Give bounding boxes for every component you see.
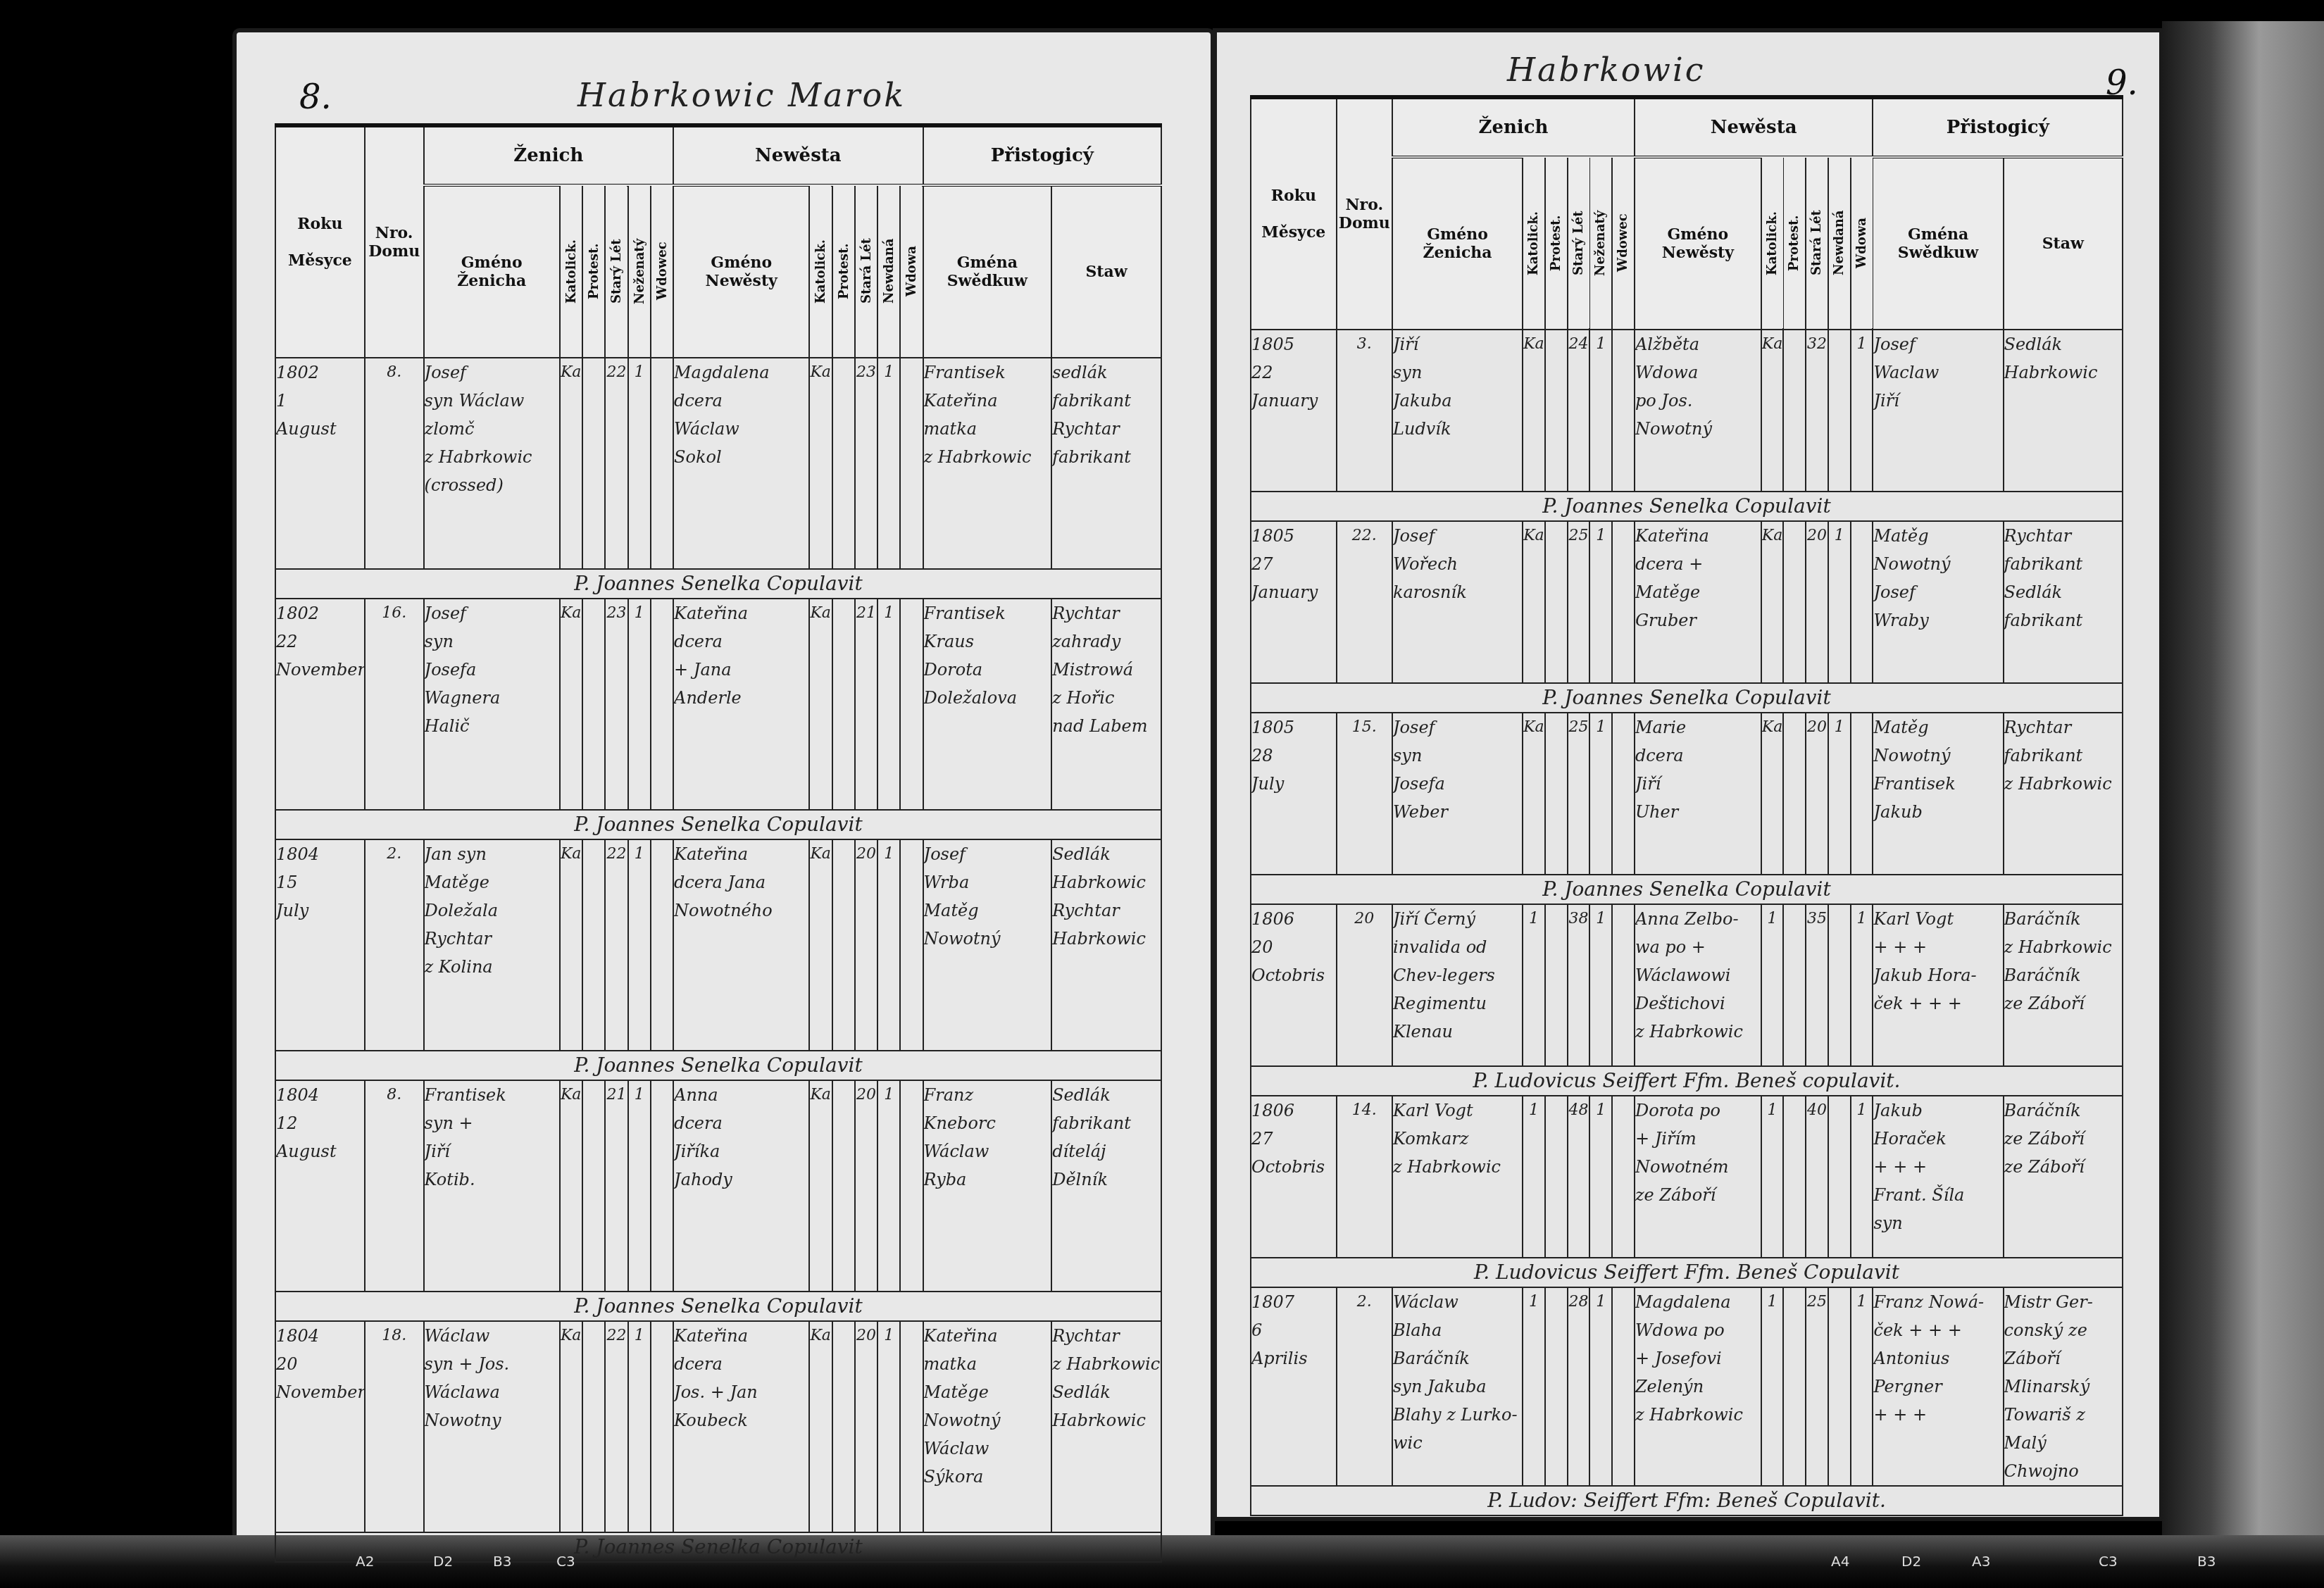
bride-age: 20 (855, 839, 877, 1051)
groom-widower (1612, 521, 1635, 683)
bride-name: Magdalena dcera Wáclaw Sokol (673, 358, 809, 569)
col-groom-catholic: Katolick. (560, 185, 582, 358)
col-groom-name: GménoŽenicha (1392, 157, 1523, 330)
witness-status: Baráčník z Habrkowic Baráčník ze Záboří (2004, 904, 2123, 1066)
groom-widower (1612, 1287, 1635, 1486)
bride-widow (900, 1080, 923, 1292)
witness-names: Franz Nowá- ček + + + Antonius Pergner +… (1873, 1287, 2003, 1486)
bride-unmarried (1828, 330, 1851, 492)
groom-age: 22 (605, 1321, 627, 1532)
bride-catholic: 1 (1761, 1096, 1784, 1258)
bride-name: Magdalena Wdowa po + Josefovi Zelenýn z … (1635, 1287, 1761, 1486)
witness-status: Sedlák fabrikant díteláj Dělník (1051, 1080, 1161, 1292)
entry-date: 1805 28 July (1251, 713, 1337, 875)
heading-right: Habrkowic (1507, 51, 1705, 89)
col-group-groom: Ženich (424, 125, 674, 185)
groom-catholic: Kat. (560, 839, 582, 1051)
col-bride-age: Stará Lét (1806, 157, 1828, 330)
col-groom-widower: Wdowec (651, 185, 673, 358)
scale-label: B3 (493, 1553, 511, 1570)
groom-name: Josef syn Wáclaw zlomč z Habrkowic (cros… (424, 358, 560, 569)
register-entry: 1804 12 August8.Frantisek syn + Jiří Kot… (275, 1080, 1161, 1292)
bride-unmarried: 1 (877, 599, 900, 810)
col-group-bride: Newěsta (1635, 97, 1873, 157)
officiant-row: P. Joannes Senelka Copulavit (1251, 683, 2123, 713)
bride-protestant (1783, 521, 1806, 683)
register-entry: 1805 28 July15.Josef syn Josefa WeberKat… (1251, 713, 2123, 875)
groom-catholic: Kat. (560, 1080, 582, 1292)
scale-label: C3 (2099, 1553, 2118, 1570)
groom-single: 1 (1589, 1287, 1612, 1486)
bride-widow (900, 1321, 923, 1532)
groom-widower (1612, 713, 1635, 875)
bride-unmarried: 1 (877, 1080, 900, 1292)
witness-names: Kateřina matka Matěge Nowotný Wáclaw Sýk… (923, 1321, 1052, 1532)
bride-age: 32 (1806, 330, 1828, 492)
groom-single: 1 (628, 358, 651, 569)
bride-name: Dorota po + Jiřím Nowotném ze Záboří (1635, 1096, 1761, 1258)
col-year-month: RokuMěsyce (1251, 97, 1337, 330)
groom-protestant (582, 1080, 605, 1292)
bride-widow: 1 (1851, 1096, 1873, 1258)
groom-age: 23 (605, 599, 627, 810)
col-witness-status: Staw (2004, 157, 2123, 330)
groom-protestant (1545, 904, 1568, 1066)
groom-name: Josef Wořech karosník (1392, 521, 1523, 683)
witness-status: Sedlák Habrkowic (2004, 330, 2123, 492)
groom-age: 28 (1568, 1287, 1590, 1486)
officiant-row: P. Joannes Senelka Copulavit (275, 1532, 1161, 1562)
bride-age: 40 (1806, 1096, 1828, 1258)
bride-age: 35 (1806, 904, 1828, 1066)
entry-date: 1806 20 Octobris (1251, 904, 1337, 1066)
entry-date: 1807 6 Aprilis (1251, 1287, 1337, 1486)
witness-status: Rychtar z Habrkowic Sedlák Habrkowic (1051, 1321, 1161, 1532)
house-number: 2. (365, 839, 424, 1051)
groom-name: Frantisek syn + Jiří Kotib. (424, 1080, 560, 1292)
bride-catholic: Kat. (1761, 330, 1784, 492)
groom-protestant (1545, 330, 1568, 492)
groom-age: 25 (1568, 521, 1590, 683)
officiant-signature: P. Joannes Senelka Copulavit (1251, 683, 2123, 713)
officiant-row: P. Joannes Senelka Copulavit (1251, 492, 2123, 521)
bride-widow (900, 599, 923, 810)
groom-age: 48 (1568, 1096, 1590, 1258)
bride-unmarried (1828, 904, 1851, 1066)
witness-names: Jakub Horaček + + + Frant. Šíla syn (1873, 1096, 2003, 1258)
witness-status: Sedlák Habrkowic Rychtar Habrkowic (1051, 839, 1161, 1051)
officiant-row: P. Ludovicus Seiffert Ffm. Beneš copulav… (1251, 1066, 2123, 1096)
groom-widower (651, 839, 673, 1051)
scale-label: B3 (2197, 1553, 2216, 1570)
house-number: 22. (1337, 521, 1392, 683)
groom-single: 1 (628, 1321, 651, 1532)
bride-protestant (1783, 904, 1806, 1066)
register-entry: 1805 27 January22.Josef Wořech karosníkK… (1251, 521, 2123, 683)
house-number: 3. (1337, 330, 1392, 492)
witness-status: Mistr Ger- conský ze Záboří Mlinarský To… (2004, 1287, 2123, 1486)
groom-widower (1612, 1096, 1635, 1258)
bride-name: Kateřina dcera + Jana Anderle (673, 599, 809, 810)
register-entry: 1805 22 January3.Jiří syn Jakuba LudvíkK… (1251, 330, 2123, 492)
officiant-signature: P. Joannes Senelka Copulavit (1251, 875, 2123, 904)
bride-protestant (1783, 713, 1806, 875)
col-groom-age: Starý Lét (605, 185, 627, 358)
bride-protestant (832, 1321, 855, 1532)
groom-protestant (582, 358, 605, 569)
bride-widow: 1 (1851, 1287, 1873, 1486)
col-house-number: Nro.Domu (365, 125, 424, 358)
groom-widower (651, 1080, 673, 1292)
groom-single: 1 (1589, 330, 1612, 492)
groom-single: 1 (1589, 521, 1612, 683)
groom-age: 25 (1568, 713, 1590, 875)
house-number: 16. (365, 599, 424, 810)
witness-names: Karl Vogt + + + Jakub Hora- ček + + + (1873, 904, 2003, 1066)
bride-widow (900, 839, 923, 1051)
groom-name: Jiří Černý invalida od Chev-legers Regim… (1392, 904, 1523, 1066)
groom-single: 1 (628, 599, 651, 810)
officiant-signature: P. Joannes Senelka Copulavit (1251, 492, 2123, 521)
bride-unmarried (1828, 1287, 1851, 1486)
groom-age: 22 (605, 839, 627, 1051)
entry-date: 1804 20 November (275, 1321, 365, 1532)
house-number: 20 (1337, 904, 1392, 1066)
entry-date: 1805 27 January (1251, 521, 1337, 683)
bride-widow (1851, 713, 1873, 875)
groom-name: Karl Vogt Komkarz z Habrkowic (1392, 1096, 1523, 1258)
bride-unmarried: 1 (877, 1321, 900, 1532)
officiant-row: P. Joannes Senelka Copulavit (275, 1292, 1161, 1321)
groom-age: 21 (605, 1080, 627, 1292)
witness-status: Rychtar fabrikant Sedlák fabrikant (2004, 521, 2123, 683)
col-bride-catholic: Katolick. (809, 185, 832, 358)
groom-protestant (1545, 521, 1568, 683)
groom-name: Josef syn Josefa Weber (1392, 713, 1523, 875)
groom-catholic: Kat. (560, 1321, 582, 1532)
witness-names: Josef Wrba Matěg Nowotný (923, 839, 1052, 1051)
groom-widower (1612, 330, 1635, 492)
groom-widower (1612, 904, 1635, 1066)
groom-catholic: 1 (1523, 1096, 1545, 1258)
groom-name: Jiří syn Jakuba Ludvík (1392, 330, 1523, 492)
bride-age: 23 (855, 358, 877, 569)
register-table-right: RokuMěsyce Nro.Domu Ženich Newěsta Přist… (1250, 95, 2123, 1516)
groom-name: Wáclaw Blaha Baráčník syn Jakuba Blahy z… (1392, 1287, 1523, 1486)
register-entry: 1806 20 Octobris20Jiří Černý invalida od… (1251, 904, 2123, 1066)
groom-single: 1 (1589, 1096, 1612, 1258)
groom-age: 38 (1568, 904, 1590, 1066)
officiant-signature: P. Joannes Senelka Copulavit (275, 1292, 1161, 1321)
heading-left: Habrkowic Marok (577, 76, 906, 114)
groom-catholic: Kat. (560, 599, 582, 810)
entry-date: 1805 22 January (1251, 330, 1337, 492)
col-group-witnesses: Přistogicý (923, 125, 1161, 185)
bride-unmarried: 1 (877, 839, 900, 1051)
bride-age: 25 (1806, 1287, 1828, 1486)
entry-date: 1804 15 July (275, 839, 365, 1051)
bride-catholic: Kat. (1761, 713, 1784, 875)
col-bride-protestant: Protest. (1783, 157, 1806, 330)
col-witness-status: Staw (1051, 185, 1161, 358)
groom-name: Wáclaw syn + Jos. Wáclawa Nowotny (424, 1321, 560, 1532)
bride-widow (900, 358, 923, 569)
col-bride-unmarried: Newdaná (1828, 157, 1851, 330)
col-groom-protestant: Protest. (582, 185, 605, 358)
groom-name: Josef syn Josefa Wagnera Halič (424, 599, 560, 810)
groom-protestant (1545, 1287, 1568, 1486)
groom-protestant (1545, 713, 1568, 875)
groom-protestant (582, 599, 605, 810)
bride-catholic: Kat. (809, 1321, 832, 1532)
bride-protestant (1783, 330, 1806, 492)
register-entry: 1807 6 Aprilis2.Wáclaw Blaha Baráčník sy… (1251, 1287, 2123, 1486)
bride-name: Kateřina dcera Jana Nowotného (673, 839, 809, 1051)
bride-protestant (832, 358, 855, 569)
groom-catholic: Kat. (1523, 521, 1545, 683)
witness-names: Frantisek Kraus Dorota Doležalova (923, 599, 1052, 810)
bride-name: Marie dcera Jiří Uher (1635, 713, 1761, 875)
witness-names: Matěg Nowotný Frantisek Jakub (1873, 713, 2003, 875)
witness-names: Franz Kneborc Wáclaw Ryba (923, 1080, 1052, 1292)
groom-catholic: Kat. (1523, 330, 1545, 492)
officiant-row: P. Ludovicus Seiffert Ffm. Beneš Copulav… (1251, 1258, 2123, 1287)
bride-protestant (1783, 1287, 1806, 1486)
groom-widower (651, 1321, 673, 1532)
register-table-left: RokuMěsyce Nro.Domu Ženich Newěsta Přist… (275, 123, 1162, 1563)
col-bride-protestant: Protest. (832, 185, 855, 358)
page-number-left: 8. (299, 77, 332, 117)
scale-label: A4 (1831, 1553, 1849, 1570)
scale-label: D2 (433, 1553, 453, 1570)
officiant-row: P. Joannes Senelka Copulavit (275, 810, 1161, 839)
col-witness-names: GménaSwědkuw (1873, 157, 2003, 330)
register-entry: 1804 20 November18.Wáclaw syn + Jos. Wác… (275, 1321, 1161, 1532)
groom-single: 1 (628, 839, 651, 1051)
scale-label: A2 (356, 1553, 374, 1570)
witness-status: sedlák fabrikant Rychtar fabrikant (1051, 358, 1161, 569)
bride-age: 20 (855, 1080, 877, 1292)
house-number: 15. (1337, 713, 1392, 875)
bride-protestant (832, 839, 855, 1051)
groom-protestant (582, 1321, 605, 1532)
groom-catholic: 1 (1523, 1287, 1545, 1486)
col-groom-age: Starý Lét (1568, 157, 1590, 330)
col-groom-protestant: Protest. (1545, 157, 1568, 330)
officiant-row: P. Joannes Senelka Copulavit (1251, 875, 2123, 904)
bride-protestant (1783, 1096, 1806, 1258)
bride-catholic: 1 (1761, 1287, 1784, 1486)
groom-widower (651, 599, 673, 810)
col-bride-name: GménoNewěsty (1635, 157, 1761, 330)
house-number: 14. (1337, 1096, 1392, 1258)
bride-age: 20 (855, 1321, 877, 1532)
bride-unmarried (1828, 1096, 1851, 1258)
col-groom-catholic: Katolick. (1523, 157, 1545, 330)
bride-protestant (832, 1080, 855, 1292)
bride-catholic: Kat. (809, 599, 832, 810)
bride-catholic: Kat. (809, 358, 832, 569)
col-bride-widow: Wdowa (900, 185, 923, 358)
col-bride-unmarried: Newdaná (877, 185, 900, 358)
witness-names: Matěg Nowotný Josef Wraby (1873, 521, 2003, 683)
officiant-row: P. Ludov: Seiffert Ffm: Beneš Copulavit. (1251, 1486, 2123, 1515)
house-number: 18. (365, 1321, 424, 1532)
entry-date: 1806 27 Octobris (1251, 1096, 1337, 1258)
groom-catholic: 1 (1523, 904, 1545, 1066)
house-number: 8. (365, 358, 424, 569)
col-bride-age: Stará Lét (855, 185, 877, 358)
col-house-number: Nro.Domu (1337, 97, 1392, 330)
col-groom-single: Neženatý (628, 185, 651, 358)
groom-single: 1 (628, 1080, 651, 1292)
groom-age: 24 (1568, 330, 1590, 492)
scale-label: A3 (1972, 1553, 1990, 1570)
entry-date: 1802 1 August (275, 358, 365, 569)
bride-name: Anna dcera Jiříka Jahody (673, 1080, 809, 1292)
col-group-witnesses: Přistogicý (1873, 97, 2123, 157)
officiant-signature: P. Ludovicus Seiffert Ffm. Beneš Copulav… (1251, 1258, 2123, 1287)
entry-date: 1804 12 August (275, 1080, 365, 1292)
officiant-row: P. Joannes Senelka Copulavit (275, 569, 1161, 599)
col-group-groom: Ženich (1392, 97, 1635, 157)
groom-catholic: Kat. (1523, 713, 1545, 875)
scale-label: D2 (1901, 1553, 1921, 1570)
bride-catholic: Kat. (1761, 521, 1784, 683)
entry-date: 1802 22 November (275, 599, 365, 810)
register-entry: 1802 22 November16.Josef syn Josefa Wagn… (275, 599, 1161, 810)
officiant-signature: P. Ludovicus Seiffert Ffm. Beneš copulav… (1251, 1066, 2123, 1096)
witness-status: Rychtar fabrikant z Habrkowic (2004, 713, 2123, 875)
officiant-signature: P. Joannes Senelka Copulavit (275, 810, 1161, 839)
col-bride-catholic: Katolick. (1761, 157, 1784, 330)
bride-unmarried: 1 (1828, 713, 1851, 875)
scale-label: C3 (556, 1553, 575, 1570)
bride-unmarried: 1 (877, 358, 900, 569)
officiant-signature: P. Joannes Senelka Copulavit (275, 1051, 1161, 1080)
house-number: 8. (365, 1080, 424, 1292)
col-groom-name: GménoŽenicha (424, 185, 560, 358)
register-entry: 1806 27 Octobris14.Karl Vogt Komkarz z H… (1251, 1096, 2123, 1258)
groom-name: Jan syn Matěge Doležala Rychtar z Kolina (424, 839, 560, 1051)
bride-name: Anna Zelbo- wa po + Wáclawowi Deštichovi… (1635, 904, 1761, 1066)
witness-status: Baráčník ze Záboří ze Záboří (2004, 1096, 2123, 1258)
bride-widow (1851, 521, 1873, 683)
house-number: 2. (1337, 1287, 1392, 1486)
officiant-signature: P. Joannes Senelka Copulavit (275, 1532, 1161, 1562)
groom-protestant (1545, 1096, 1568, 1258)
bride-catholic: Kat. (809, 839, 832, 1051)
officiant-signature: P. Ludov: Seiffert Ffm: Beneš Copulavit. (1251, 1486, 2123, 1515)
bride-age: 20 (1806, 713, 1828, 875)
col-bride-name: GménoNewěsty (673, 185, 809, 358)
register-entry: 1802 1 August8.Josef syn Wáclaw zlomč z … (275, 358, 1161, 569)
col-year-month: RokuMěsyce (275, 125, 365, 358)
bride-age: 20 (1806, 521, 1828, 683)
col-witness-names: GménaSwědkuw (923, 185, 1052, 358)
groom-single: 1 (1589, 904, 1612, 1066)
bride-catholic: Kat. (809, 1080, 832, 1292)
groom-age: 22 (605, 358, 627, 569)
bride-age: 21 (855, 599, 877, 810)
bride-protestant (832, 599, 855, 810)
groom-widower (651, 358, 673, 569)
bride-unmarried: 1 (1828, 521, 1851, 683)
bride-name: Kateřina dcera Jos. + Jan Koubeck (673, 1321, 809, 1532)
witness-names: Frantisek Kateřina matka z Habrkowic (923, 358, 1052, 569)
groom-single: 1 (1589, 713, 1612, 875)
groom-catholic: Kat. (560, 358, 582, 569)
col-groom-widower: Wdowec (1612, 157, 1635, 330)
col-group-bride: Newěsta (673, 125, 923, 185)
register-entry: 1804 15 July2.Jan syn Matěge Doležala Ry… (275, 839, 1161, 1051)
officiant-signature: P. Joannes Senelka Copulavit (275, 569, 1161, 599)
col-bride-widow: Wdowa (1851, 157, 1873, 330)
groom-protestant (582, 839, 605, 1051)
col-groom-single: Neženatý (1589, 157, 1612, 330)
bride-catholic: 1 (1761, 904, 1784, 1066)
bride-widow: 1 (1851, 904, 1873, 1066)
witness-status: Rychtar zahrady Mistrowá z Hořic nad Lab… (1051, 599, 1161, 810)
bride-widow: 1 (1851, 330, 1873, 492)
witness-names: Josef Waclaw Jiří (1873, 330, 2003, 492)
bride-name: Kateřina dcera + Matěge Gruber (1635, 521, 1761, 683)
book-edge (2162, 21, 2324, 1535)
officiant-row: P. Joannes Senelka Copulavit (275, 1051, 1161, 1080)
bride-name: Alžběta Wdowa po Jos. Nowotný (1635, 330, 1761, 492)
